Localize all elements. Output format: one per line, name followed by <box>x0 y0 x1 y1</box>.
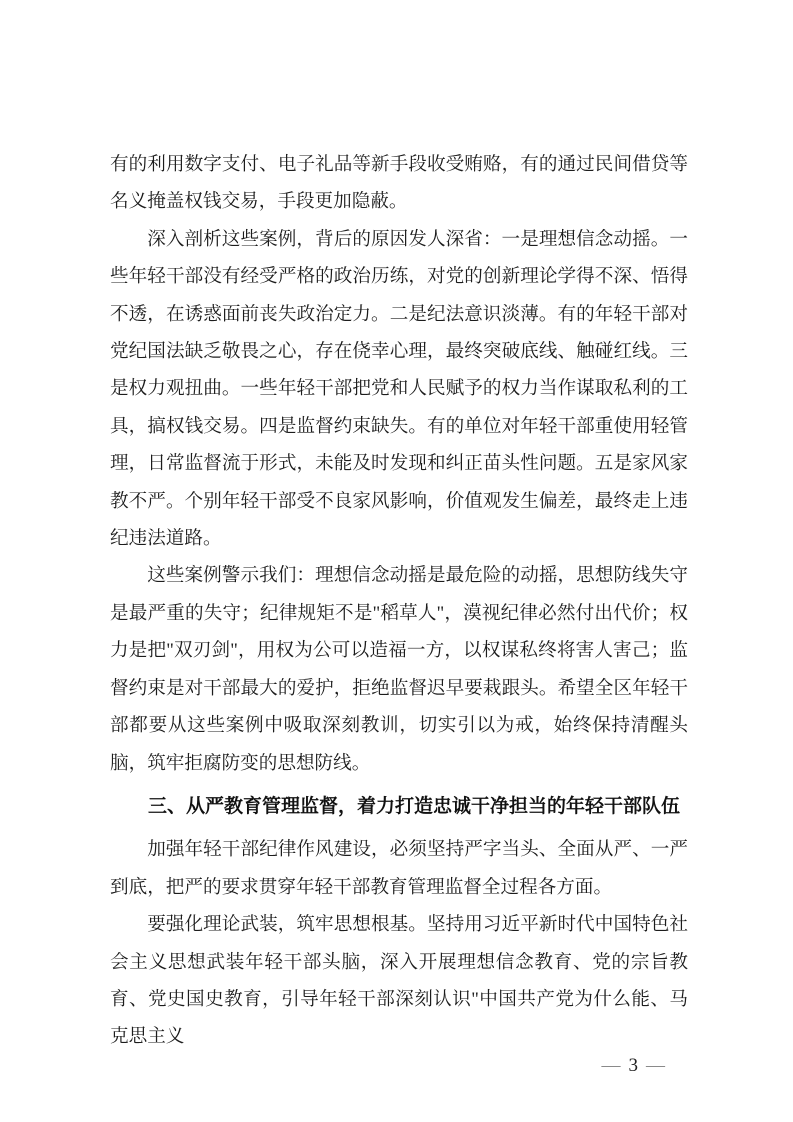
paragraph-discipline-requirements: 加强年轻干部纪律作风建设，必须坚持严字当头、全面从严、一严到底，把严的要求贯穿年… <box>110 831 688 906</box>
paragraph-warnings: 这些案例警示我们：理想信念动摇是最危险的动摇，思想防线失守是最严重的失守；纪律规… <box>110 557 688 781</box>
footer-dash-left: — <box>594 1055 629 1076</box>
section-heading: 三、从严教育管理监督，着力打造忠诚干净担当的年轻干部队伍 <box>110 788 688 825</box>
document-page: 有的利用数字支付、电子礼品等新手段收受贿赂，有的通过民间借贷等名义掩盖权钱交易，… <box>0 0 793 1122</box>
page-number: 3 <box>629 1055 639 1076</box>
document-body: 有的利用数字支付、电子礼品等新手段收受贿赂，有的通过民间借贷等名义掩盖权钱交易，… <box>110 146 688 1056</box>
paragraph-case-analysis: 深入剖析这些案例，背后的原因发人深省：一是理想信念动摇。一些年轻干部没有经受严格… <box>110 221 688 558</box>
footer-dash-right: — <box>638 1055 673 1076</box>
page-footer: —3— <box>575 1030 674 1102</box>
paragraph-continuation: 有的利用数字支付、电子礼品等新手段收受贿赂，有的通过民间借贷等名义掩盖权钱交易，… <box>110 146 688 221</box>
